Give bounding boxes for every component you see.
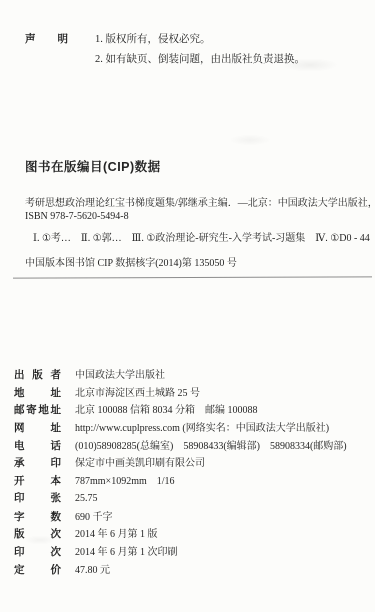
colophon-row-publisher: 出版者 中国政法大学出版社 <box>14 366 367 384</box>
colophon-label: 网址 <box>14 420 61 435</box>
colophon-value: 中国政法大学出版社 <box>75 366 165 381</box>
colophon-row-impression: 印次 2014 年 6 月第 1 次印刷 <box>14 543 367 561</box>
divider-rule <box>13 276 372 278</box>
colophon-label: 电话 <box>14 438 61 453</box>
declaration-items: 1. 版权所有，侵权必究。 2. 如有缺页、倒装问题，由出版社负责退换。 <box>95 30 305 70</box>
colophon-label: 印张 <box>14 490 61 505</box>
colophon-value: 2014 年 6 月第 1 次印刷 <box>75 543 178 558</box>
cip-isbn: ISBN 978-7-5620-5494-8 <box>25 211 363 222</box>
colophon-value: (010)58908285(总编室) 58908433(编辑部) 5890833… <box>75 437 347 452</box>
colophon-row-word-count: 字数 690 千字 <box>14 508 367 526</box>
colophon-label: 定价 <box>14 562 61 577</box>
colophon-label: 邮寄地址 <box>14 402 61 417</box>
declaration-label: 声明 <box>25 30 68 70</box>
colophon-row-format: 开本 787mm×1092mm 1/16 <box>14 472 367 490</box>
colophon-value: 保定市中画美凯印刷有限公司 <box>75 454 205 469</box>
colophon-value: 2014 年 6 月第 1 版 <box>75 525 158 540</box>
cip-heading: 图书在版编目(CIP)数据 <box>25 157 161 175</box>
cip-record-number: 中国版本图书馆 CIP 数据核字(2014)第 135050 号 <box>25 254 363 269</box>
colophon-label: 字数 <box>14 509 61 524</box>
colophon-row-price: 定价 47.80 元 <box>14 561 367 579</box>
colophon-value: 北京市海淀区西土城路 25 号 <box>75 384 200 399</box>
colophon-value: 690 千字 <box>75 508 113 523</box>
colophon-label: 版次 <box>14 526 61 541</box>
colophon-row-printer: 承印 保定市中画美凯印刷有限公司 <box>14 454 367 472</box>
declaration-section: 声明 1. 版权所有，侵权必究。 2. 如有缺页、倒装问题，由出版社负责退换。 <box>25 30 355 70</box>
colophon-label: 地址 <box>14 385 61 400</box>
colophon-label: 承印 <box>14 455 61 470</box>
colophon-row-edition: 版次 2014 年 6 月第 1 版 <box>14 525 367 543</box>
cip-description: 考研思想政治理论红宝书梯度题集/郭继承主编．—北京：中国政法大学出版社，2014… <box>25 194 363 209</box>
colophon-row-website: 网址 http://www.cuplpress.com (网络实名：中国政法大学… <box>14 419 367 437</box>
colophon-value: 25.75 <box>75 493 98 504</box>
colophon-row-address: 地址 北京市海淀区西土城路 25 号 <box>14 384 367 402</box>
colophon-value: http://www.cuplpress.com (网络实名：中国政法大学出版社… <box>75 419 329 434</box>
colophon-value: 47.80 元 <box>75 561 110 576</box>
colophon-row-telephone: 电话 (010)58908285(总编室) 58908433(编辑部) 5890… <box>14 437 367 455</box>
colophon-label: 印次 <box>14 544 61 559</box>
colophon-label: 开本 <box>14 473 61 488</box>
colophon-row-sheets: 印张 25.75 <box>14 490 367 508</box>
colophon-table: 出版者 中国政法大学出版社 地址 北京市海淀区西土城路 25 号 邮寄地址 北京… <box>14 366 367 578</box>
colophon-row-mailing-address: 邮寄地址 北京 100088 信箱 8034 分箱 邮编 100088 <box>14 401 367 419</box>
cip-classification: Ⅰ. ①考… Ⅱ. ①郭… Ⅲ. ①政治理论-研究生-入学考试-习题集 Ⅳ. ①… <box>33 229 363 244</box>
colophon-value: 787mm×1092mm 1/16 <box>75 472 175 487</box>
copyright-page: 声明 1. 版权所有，侵权必究。 2. 如有缺页、倒装问题，由出版社负责退换。 … <box>0 0 375 612</box>
declaration-item: 1. 版权所有，侵权必究。 <box>95 30 305 50</box>
colophon-label: 出版者 <box>14 367 61 382</box>
colophon-value: 北京 100088 信箱 8034 分箱 邮编 100088 <box>75 401 258 416</box>
declaration-item: 2. 如有缺页、倒装问题，由出版社负责退换。 <box>95 50 305 70</box>
